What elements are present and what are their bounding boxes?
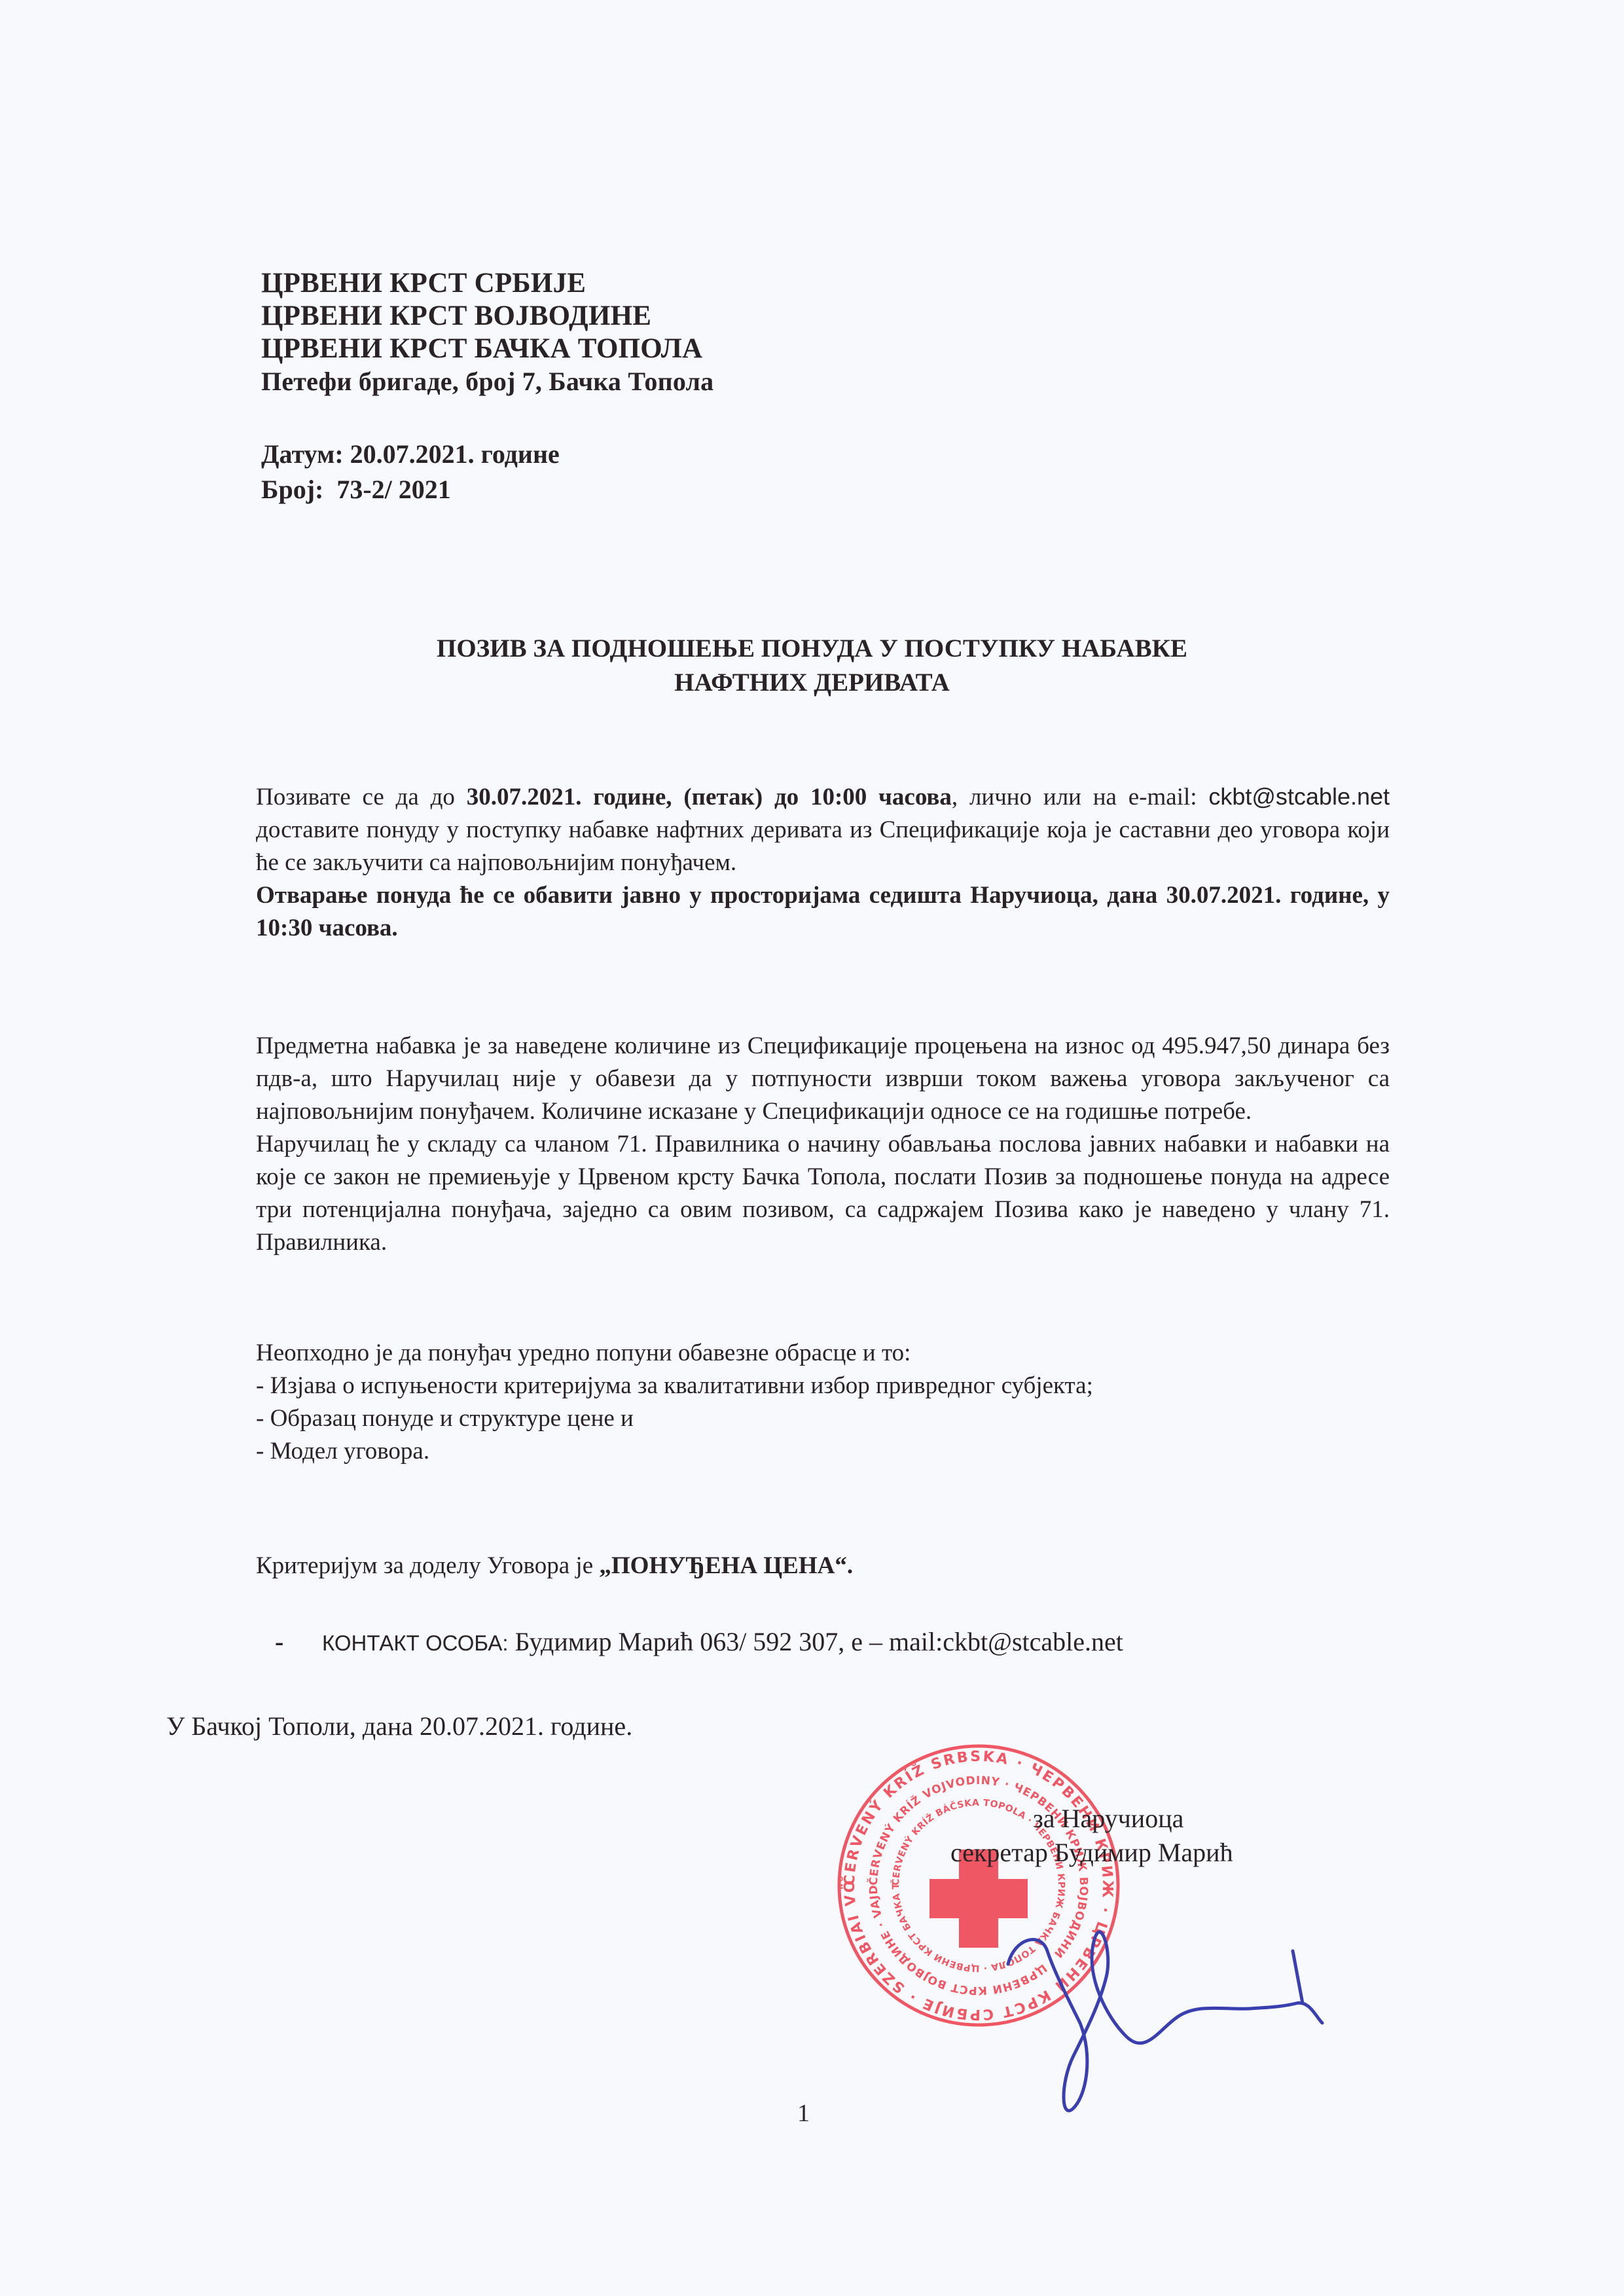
document-meta: Датум:20.07.2021. године Број: 73-2/ 202… bbox=[261, 437, 560, 507]
date-value: 20.07.2021. године bbox=[350, 439, 560, 469]
page-title: ПОЗИВ ЗА ПОДНОШЕЊЕ ПОНУДА У ПОСТУПКУ НАБ… bbox=[0, 632, 1624, 700]
title-line-1: ПОЗИВ ЗА ПОДНОШЕЊЕ ПОНУДА У ПОСТУПКУ НАБ… bbox=[0, 632, 1624, 666]
contact-bullet: - bbox=[275, 1626, 322, 1658]
email-link[interactable]: ckbt@stcable.net bbox=[1208, 783, 1390, 810]
date-label: Датум: bbox=[261, 439, 344, 469]
opening-notice: Отварање понуда ће се обавити јавно у пр… bbox=[256, 879, 1390, 945]
org-address: Петефи бригаде, број 7, Бачка Топола bbox=[261, 365, 713, 398]
title-line-2: НАФТНИХ ДЕРИВАТА bbox=[0, 666, 1624, 700]
form-item-2: - Образац понуде и структуре цене и bbox=[256, 1402, 1390, 1435]
contact-value: Будимир Марић 063/ 592 307, e – mail:ckb… bbox=[509, 1627, 1123, 1656]
number-row: Број: 73-2/ 2021 bbox=[261, 472, 560, 507]
intro-text-after: , лично или на e-mail: bbox=[952, 784, 1208, 811]
org-line-1: ЦРВЕНИ КРСТ СРБИЈЕ bbox=[261, 267, 713, 300]
criterion-value: „ПОНУЂЕНА ЦЕНА“. bbox=[599, 1552, 853, 1579]
place-date: У Бачкој Тополи, дана 20.07.2021. године… bbox=[166, 1711, 632, 1741]
signatory-name: секретар Будимир Марић bbox=[950, 1836, 1233, 1869]
signature-stroke-tick bbox=[1293, 1951, 1303, 2003]
org-line-2: ЦРВЕНИ КРСТ ВОЈВОДИНЕ bbox=[261, 300, 713, 333]
handwritten-signature bbox=[995, 1925, 1335, 2134]
forms-intro: Неопходно је да понуђач уредно попуни об… bbox=[256, 1337, 1390, 1370]
contact-label: КОНТАКТ ОСОБА: bbox=[322, 1631, 509, 1655]
intro-paragraph: Позивате се да до 30.07.2021. године, (п… bbox=[256, 780, 1390, 945]
intro-text-before: Позивате се да до bbox=[256, 784, 467, 811]
for-client-label: за Наручиоца bbox=[1033, 1802, 1183, 1835]
required-forms: Неопходно је да понуђач уредно попуни об… bbox=[256, 1337, 1390, 1468]
estimate-paragraph: Предметна набавка је за наведене количин… bbox=[256, 1030, 1390, 1128]
org-header: ЦРВЕНИ КРСТ СРБИЈЕ ЦРВЕНИ КРСТ ВОЈВОДИНЕ… bbox=[261, 267, 713, 398]
form-item-1: - Изјава о испуњености критеријума за кв… bbox=[256, 1370, 1390, 1402]
criterion-text: Критеријум за доделу Уговора је bbox=[256, 1552, 599, 1579]
org-line-3: ЦРВЕНИ КРСТ БАЧКА ТОПОЛА bbox=[261, 333, 713, 365]
date-row: Датум:20.07.2021. године bbox=[261, 437, 560, 472]
number-value: 73-2/ 2021 bbox=[336, 475, 450, 504]
number-label: Број: bbox=[261, 475, 323, 504]
document-page: ЦРВЕНИ КРСТ СРБИЈЕ ЦРВЕНИ КРСТ ВОЈВОДИНЕ… bbox=[0, 0, 1624, 2296]
form-item-3: - Модел уговора. bbox=[256, 1435, 1390, 1468]
intro-text-rest: доставите понуду у поступку набавке нафт… bbox=[256, 816, 1390, 876]
contact-line: -КОНТАКТ ОСОБА: Будимир Марић 063/ 592 3… bbox=[275, 1626, 1123, 1660]
procedure-paragraph: Наручилац ће у складу са чланом 71. Прав… bbox=[256, 1128, 1390, 1259]
page-number: 1 bbox=[797, 2099, 810, 2128]
award-criterion: Критеријум за доделу Уговора је „ПОНУЂЕН… bbox=[256, 1552, 853, 1580]
submission-deadline: 30.07.2021. године, (петак) до 10:00 час… bbox=[467, 784, 952, 811]
signature-stroke-main bbox=[1008, 1932, 1322, 2111]
estimate-section: Предметна набавка је за наведене количин… bbox=[256, 1030, 1390, 1259]
